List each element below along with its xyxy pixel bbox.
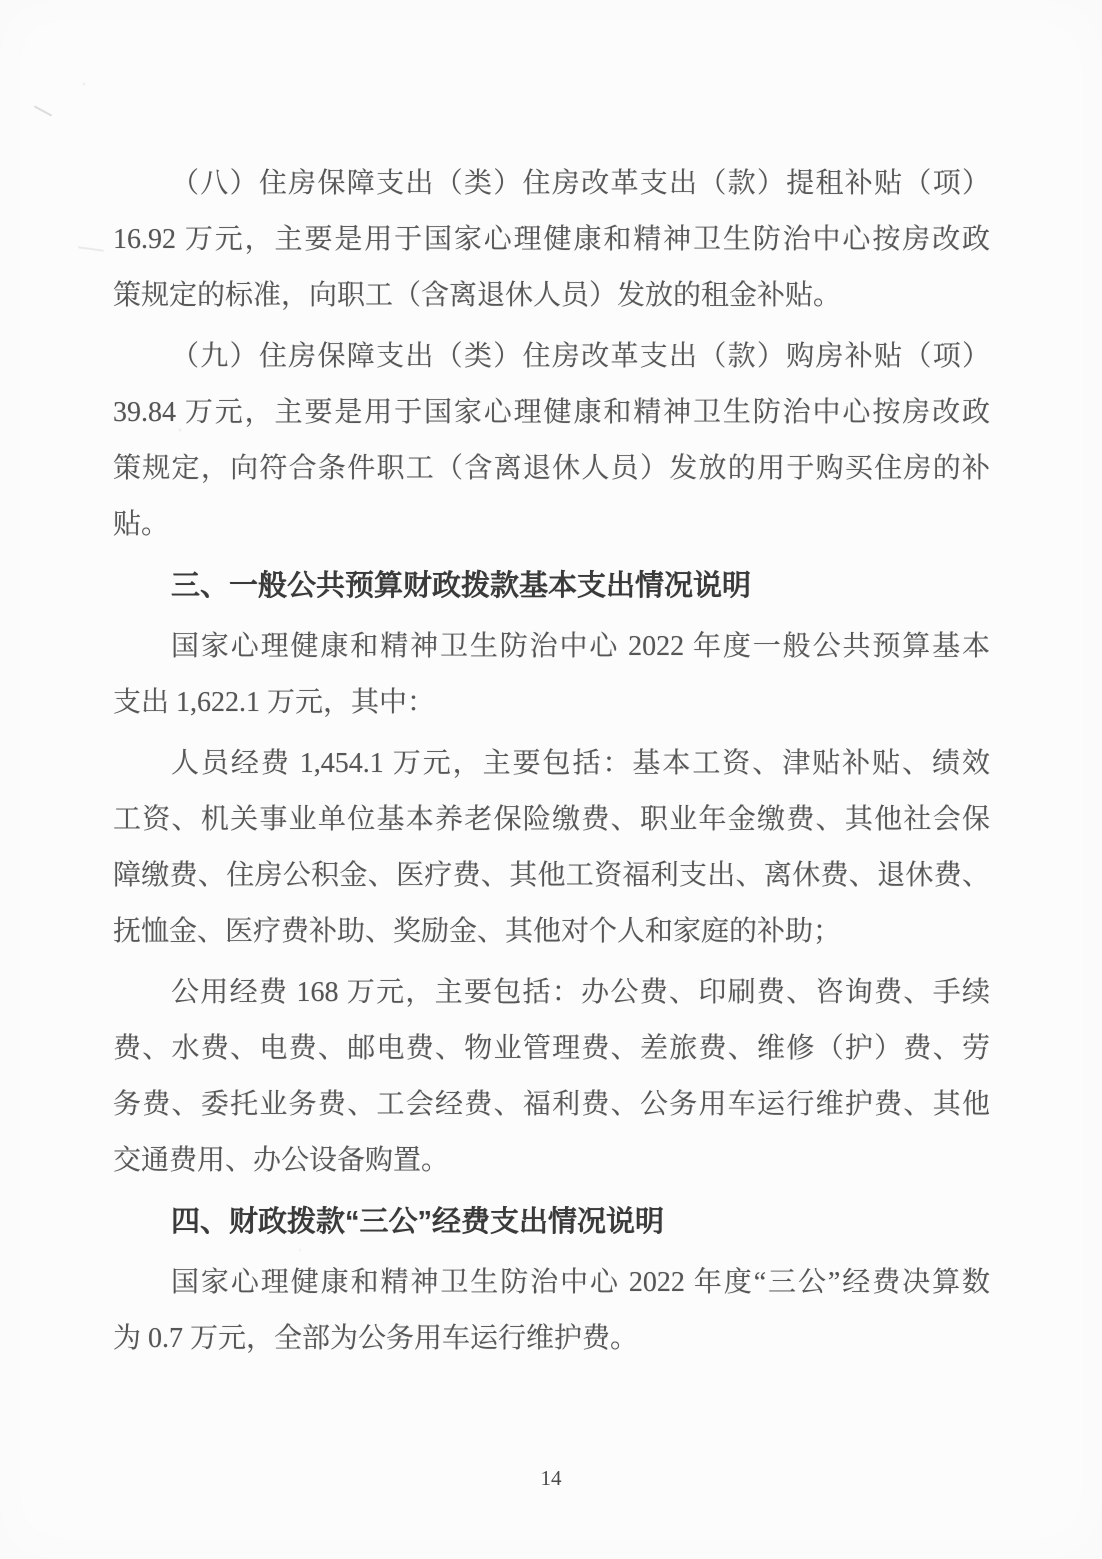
text-line: 策规定的标准，向职工（含离退休人员）发放的租金补贴。	[113, 268, 990, 324]
text-line: 支出 1,622.1 万元，其中：	[113, 675, 990, 731]
scanned-document-page: （八）住房保障支出（类）住房改革支出（款）提租补贴（项） 16.92 万元，主要…	[0, 0, 1102, 1559]
text-line: 39.84 万元，主要是用于国家心理健康和精神卫生防治中心按房改政	[113, 385, 990, 441]
text-line: 抚恤金、医疗费补助、奖励金、其他对个人和家庭的补助；	[113, 904, 990, 960]
text-line: 为 0.7 万元，全部为公务用车运行维护费。	[113, 1311, 990, 1367]
scan-smudge-mark	[34, 105, 53, 116]
text-line: 人员经费 1,454.1 万元，主要包括：基本工资、津贴补贴、绩效	[113, 736, 990, 792]
paragraph-personnel-funds: 人员经费 1,454.1 万元，主要包括：基本工资、津贴补贴、绩效 工资、机关事…	[113, 736, 990, 960]
section-heading-basic-expenditure: 三、一般公共预算财政拨款基本支出情况说明	[113, 558, 990, 614]
text-line: 国家心理健康和精神卫生防治中心 2022 年度一般公共预算基本	[113, 619, 990, 675]
text-line: （九）住房保障支出（类）住房改革支出（款）购房补贴（项）	[113, 329, 990, 385]
section-heading-three-public-expenses: 四、财政拨款“三公”经费支出情况说明	[113, 1194, 990, 1250]
paragraph-three-public-expenses: 国家心理健康和精神卫生防治中心 2022 年度“三公”经费决算数 为 0.7 万…	[113, 1255, 990, 1367]
text-line: 障缴费、住房公积金、医疗费、其他工资福利支出、离休费、退休费、	[113, 848, 990, 904]
paragraph-housing-rent-subsidy: （八）住房保障支出（类）住房改革支出（款）提租补贴（项） 16.92 万元，主要…	[113, 156, 990, 324]
text-line: 工资、机关事业单位基本养老保险缴费、职业年金缴费、其他社会保	[113, 792, 990, 848]
paragraph-housing-purchase-subsidy: （九）住房保障支出（类）住房改革支出（款）购房补贴（项） 39.84 万元，主要…	[113, 329, 990, 553]
text-line: 务费、委托业务费、工会经费、福利费、公务用车运行维护费、其他	[113, 1077, 990, 1133]
text-line: 费、水费、电费、邮电费、物业管理费、差旅费、维修（护）费、劳	[113, 1021, 990, 1077]
paragraph-public-funds: 公用经费 168 万元，主要包括：办公费、印刷费、咨询费、手续 费、水费、电费、…	[113, 965, 990, 1189]
section-heading-text: 四、财政拨款“三公”经费支出情况说明	[113, 1194, 990, 1250]
page-number: 14	[0, 1466, 1102, 1491]
section-heading-text: 三、一般公共预算财政拨款基本支出情况说明	[113, 558, 990, 614]
text-line: 国家心理健康和精神卫生防治中心 2022 年度“三公”经费决算数	[113, 1255, 990, 1311]
paragraph-basic-expenditure-total: 国家心理健康和精神卫生防治中心 2022 年度一般公共预算基本 支出 1,622…	[113, 619, 990, 731]
text-line: 交通费用、办公设备购置。	[113, 1133, 990, 1189]
scan-smudge-mark	[78, 246, 104, 252]
text-line: 公用经费 168 万元，主要包括：办公费、印刷费、咨询费、手续	[113, 965, 990, 1021]
text-line: 16.92 万元，主要是用于国家心理健康和精神卫生防治中心按房改政	[113, 212, 990, 268]
text-line: （八）住房保障支出（类）住房改革支出（款）提租补贴（项）	[113, 156, 990, 212]
document-body: （八）住房保障支出（类）住房改革支出（款）提租补贴（项） 16.92 万元，主要…	[113, 156, 990, 1367]
text-line: 贴。	[113, 497, 990, 553]
text-line: 策规定，向符合条件职工（含离退休人员）发放的用于购买住房的补	[113, 441, 990, 497]
